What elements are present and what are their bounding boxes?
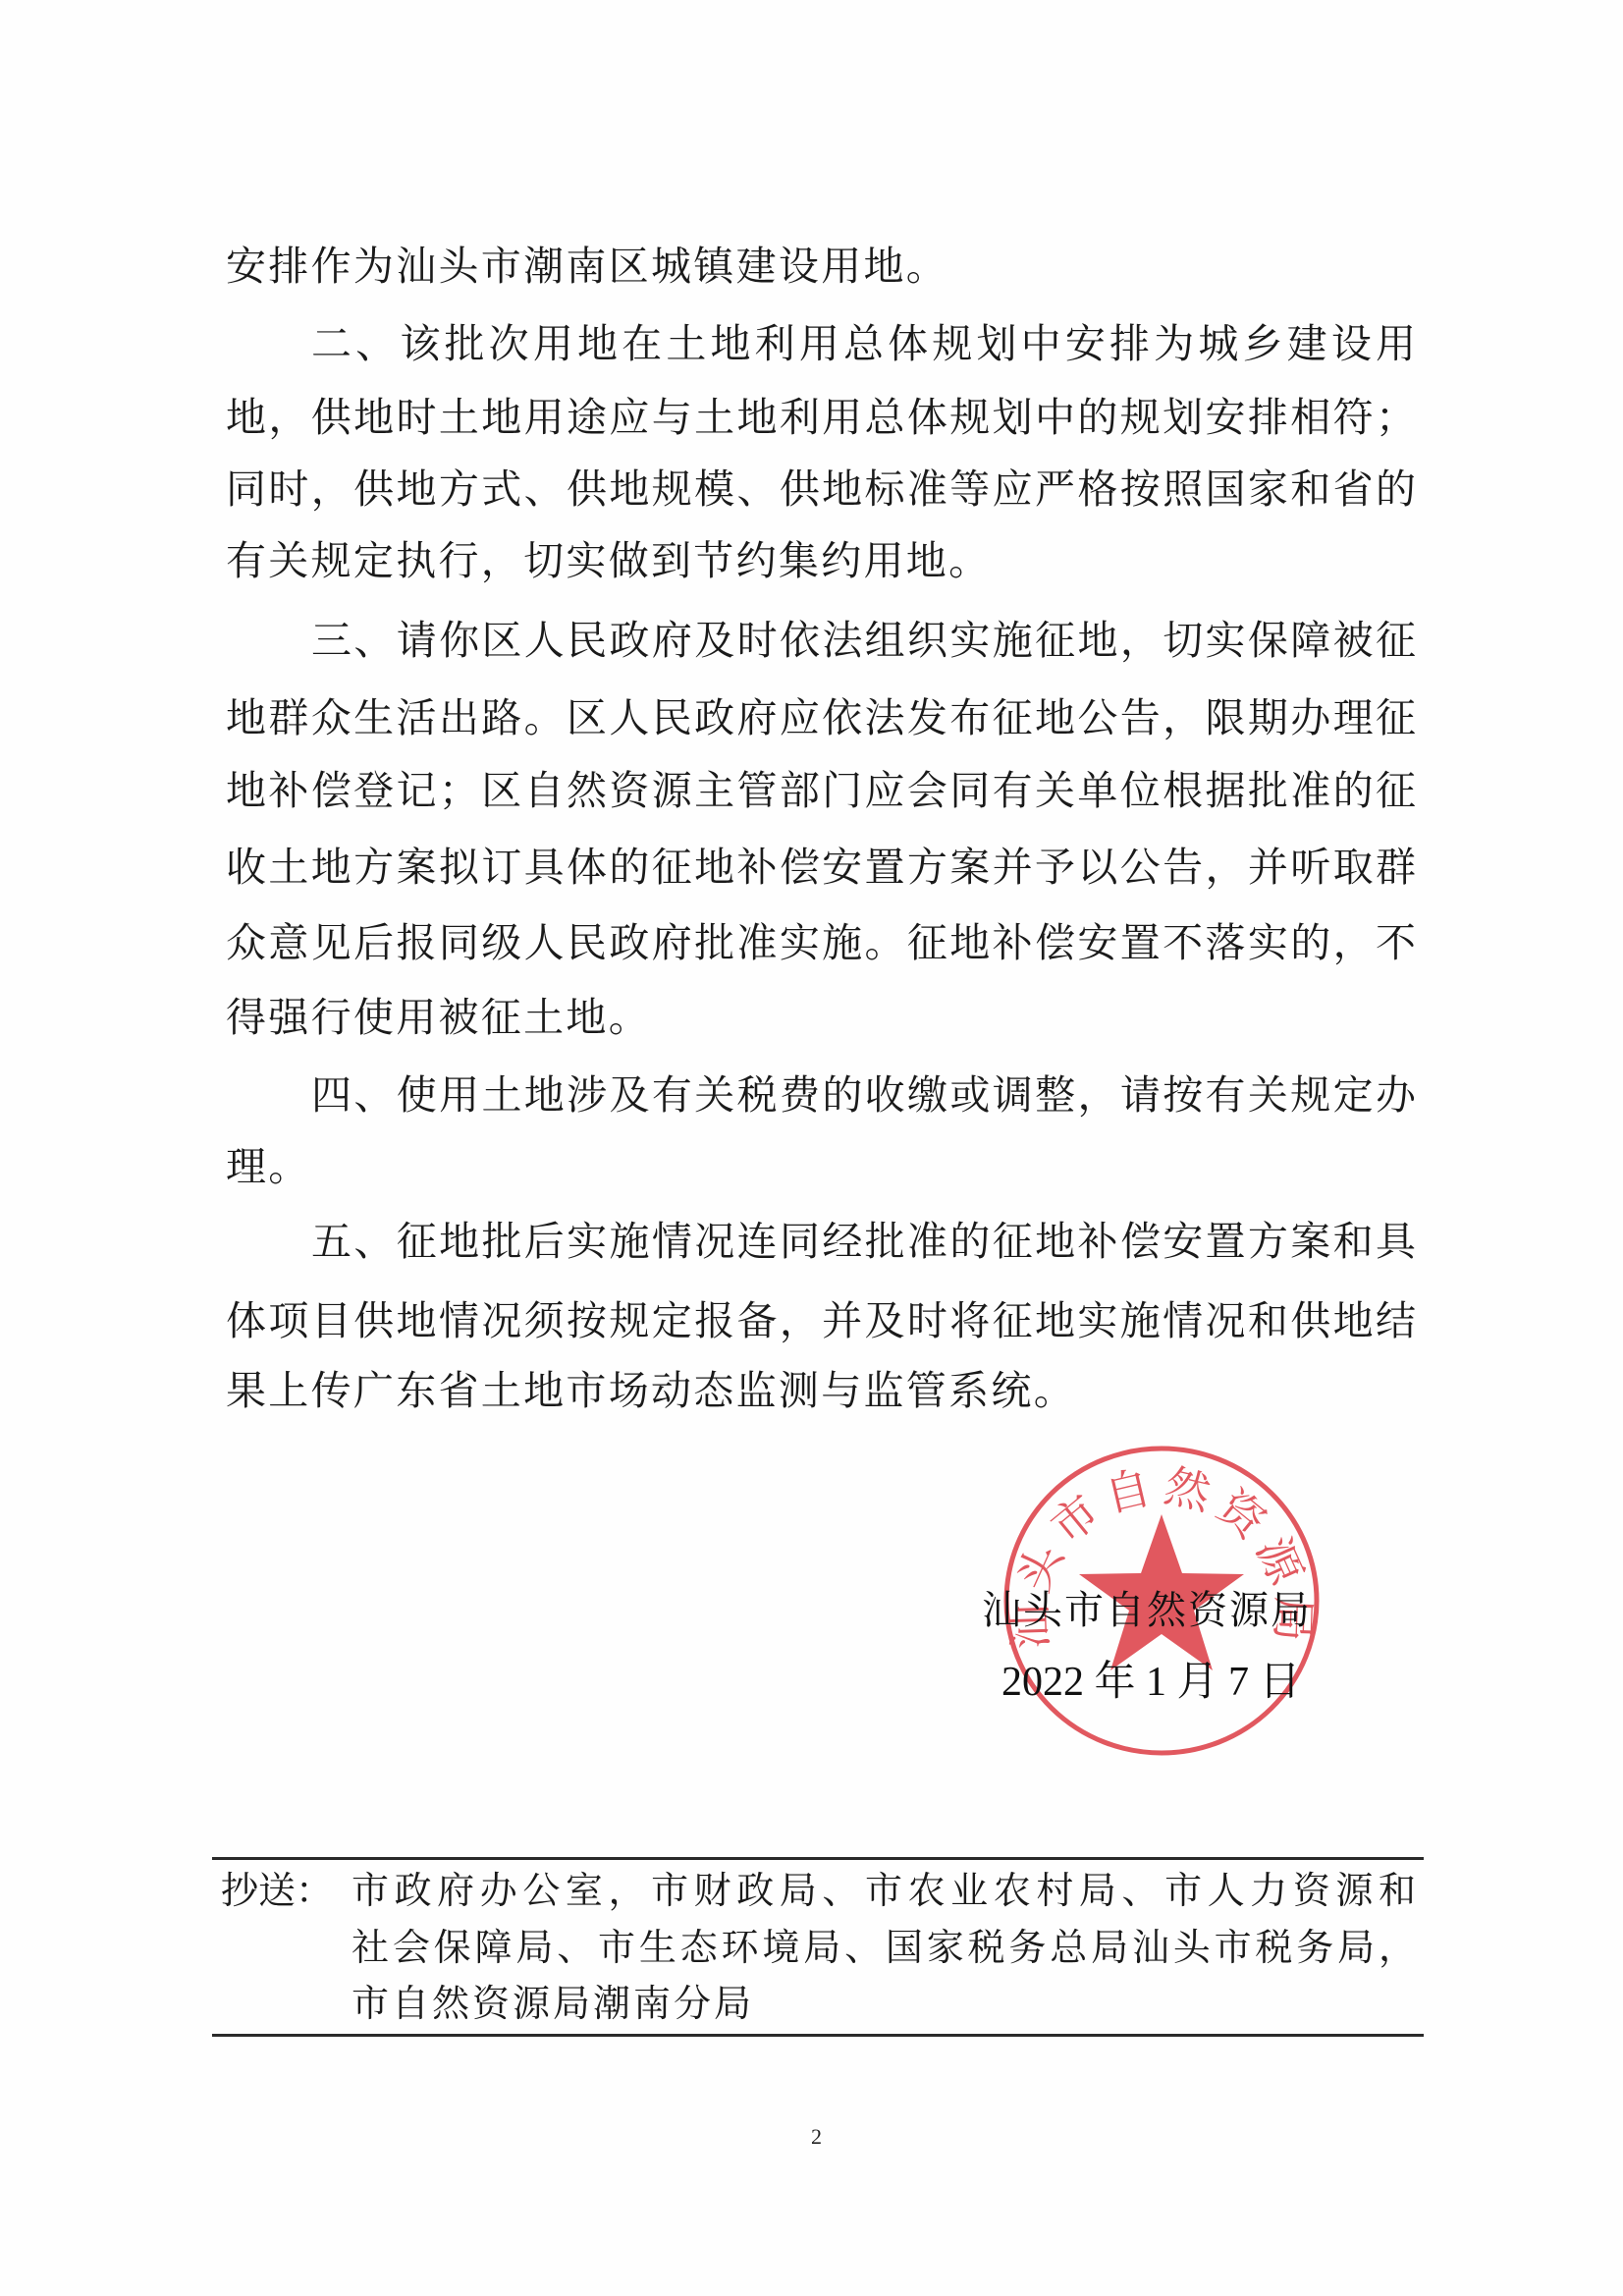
issuer-signature: 汕头市自然资源局 [982, 1588, 1312, 1633]
paragraph-2-line-1: 二、该批次用地在土地利用总体规划中安排为城乡建设用 [311, 319, 1416, 368]
paragraph-1-line-1: 安排作为汕头市潮南区城镇建设用地。 [226, 242, 1416, 291]
cc-line-3: 市自然资源局潮南分局 [352, 1981, 1416, 2026]
paragraph-5-line-1: 五、征地批后实施情况连同经批准的征地补偿安置方案和具 [311, 1217, 1416, 1266]
paragraph-3-line-3: 地补偿登记；区自然资源主管部门应会同有关单位根据批准的征 [226, 766, 1416, 815]
paragraph-4-line-2: 理。 [226, 1142, 1416, 1191]
cc-label: 抄送： [221, 1868, 333, 1913]
paragraph-3-line-4: 收土地方案拟订具体的征地补偿安置方案并予以公告，并听取群 [226, 843, 1416, 892]
cc-line-2: 社会保障局、市生态环境局、国家税务总局汕头市税务局， [352, 1925, 1416, 1970]
paragraph-3-line-5: 众意见后报同级人民政府批准实施。征地补偿安置不落实的，不 [226, 918, 1416, 967]
paragraph-2-line-2: 地，供地时土地用途应与土地利用总体规划中的规划安排相符； [226, 393, 1416, 442]
cc-line-1: 市政府办公室，市财政局、市农业农村局、市人力资源和 [352, 1868, 1416, 1913]
paragraph-2-line-3: 同时，供地方式、供地规模、供地标准等应严格按照国家和省的 [226, 465, 1416, 514]
cc-top-rule [212, 1857, 1424, 1860]
page-number: 2 [811, 2123, 822, 2151]
document-page: 安排作为汕头市潮南区城镇建设用地。 二、该批次用地在土地利用总体规划中安排为城乡… [0, 0, 1623, 2296]
cc-bottom-rule [212, 2034, 1424, 2037]
paragraph-5-line-3: 果上传广东省土地市场动态监测与监管系统。 [226, 1366, 1416, 1415]
paragraph-3-line-6: 得强行使用被征土地。 [226, 993, 1416, 1042]
paragraph-5-line-2: 体项目供地情况须按规定报备，并及时将征地实施情况和供地结 [226, 1296, 1416, 1345]
issue-date: 2022 年 1 月 7 日 [1001, 1660, 1301, 1705]
paragraph-3-line-1: 三、请你区人民政府及时依法组织实施征地，切实保障被征 [311, 616, 1416, 665]
paragraph-4-line-1: 四、使用土地涉及有关税费的收缴或调整，请按有关规定办 [311, 1070, 1416, 1120]
paragraph-2-line-4: 有关规定执行，切实做到节约集约用地。 [226, 536, 1416, 585]
paragraph-3-line-2: 地群众生活出路。区人民政府应依法发布征地公告，限期办理征 [226, 693, 1416, 742]
